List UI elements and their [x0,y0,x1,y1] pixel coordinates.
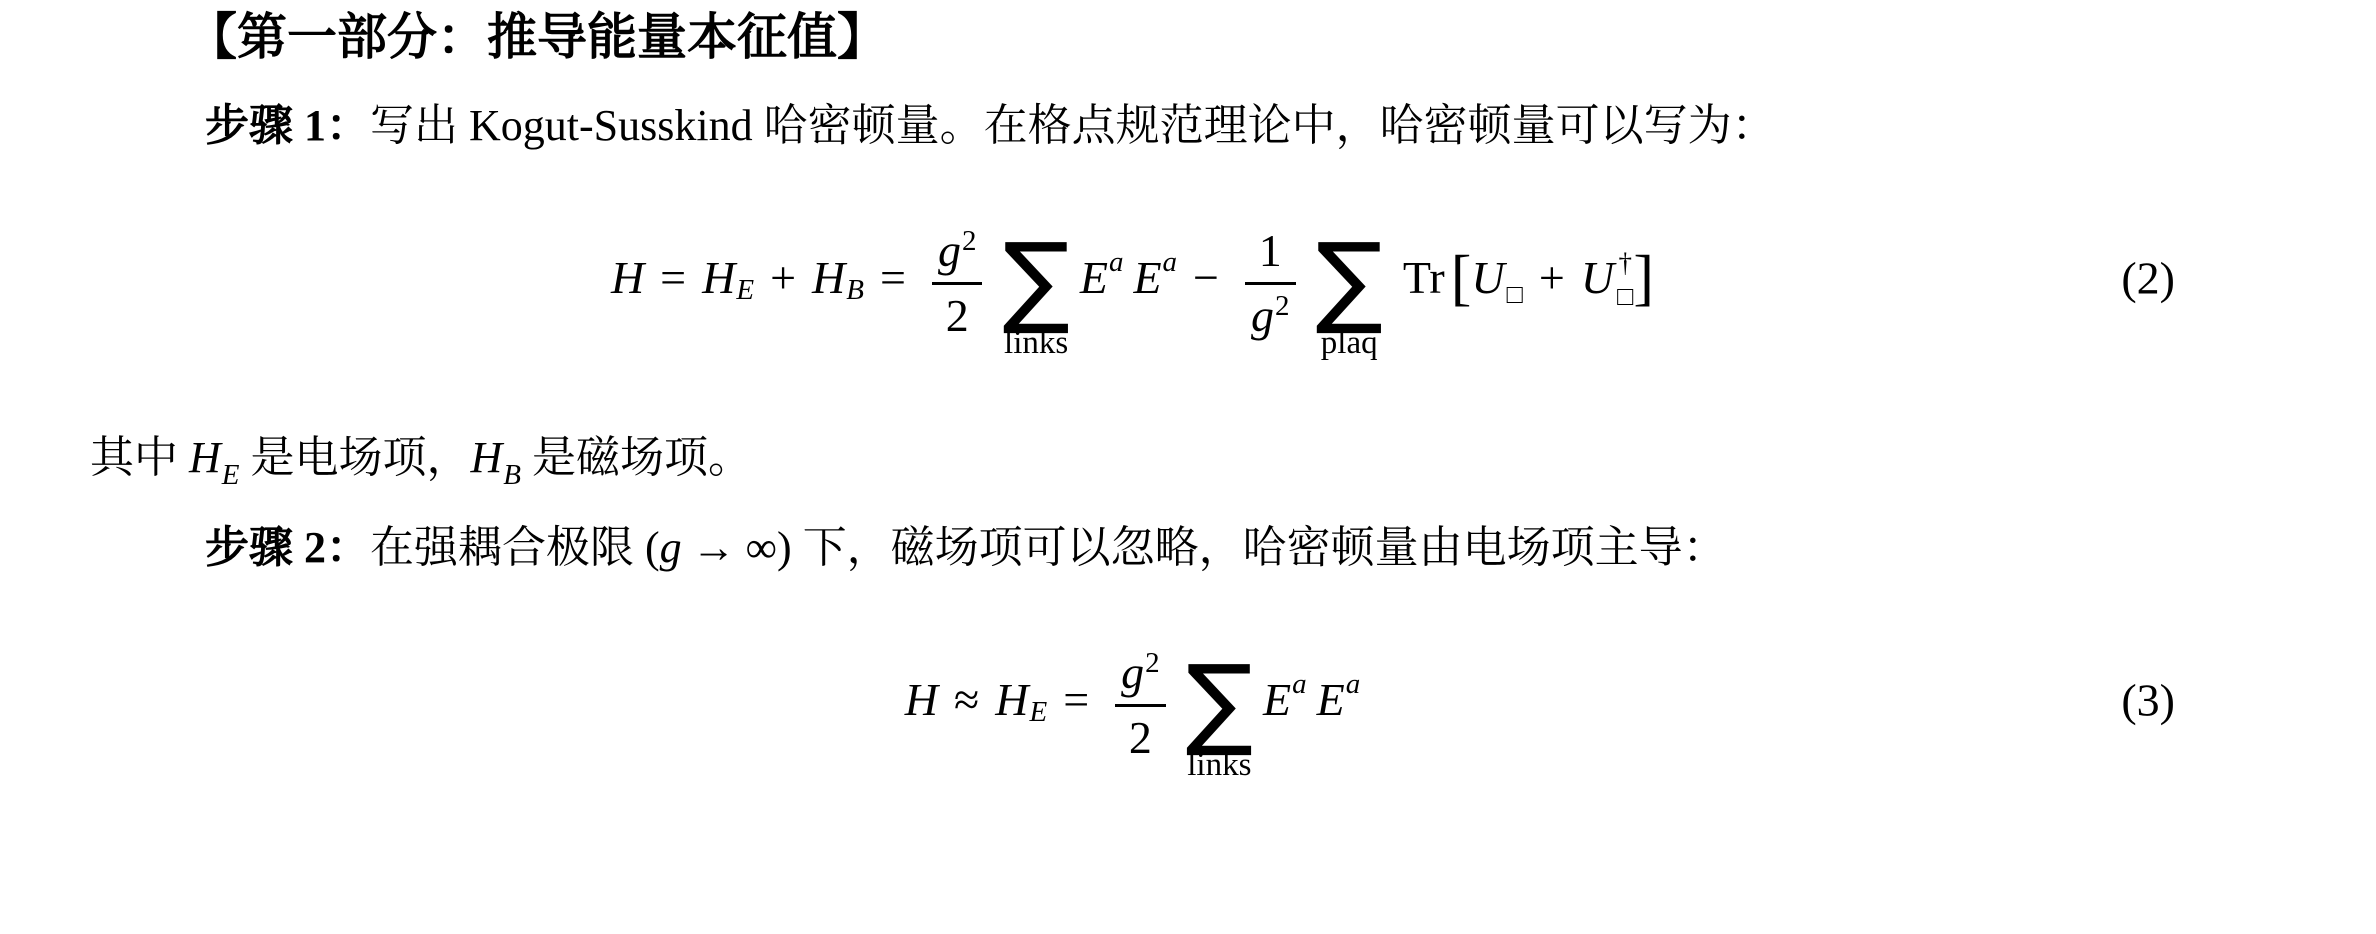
exponent-2: 2 [962,227,977,256]
dagger-square-stack: †□ [1617,250,1633,310]
subscript-B: B [846,276,864,305]
exponent-2: 2 [1275,292,1290,321]
fraction-g2-over-2: g2 2 [1115,634,1166,763]
summation-symbol: ∑ [1186,663,1253,741]
var-H: H [471,433,503,482]
var-H: H [189,433,221,482]
var-g: g [1121,647,1144,698]
fraction-1-over-g2: 1 g2 [1245,212,1296,341]
equation-2-number: (2) [2121,252,2175,305]
plus-sign: + [1539,255,1565,301]
superscript-a: a [1163,248,1178,277]
left-bracket: [ [1451,247,1472,309]
E-field-operator: Ea [1133,255,1177,301]
step-1-text: 写出 Kogut-Susskind 哈密顿量。在格点规范理论中，哈密顿量可以写为… [370,101,1776,150]
fraction-denominator: g2 [1245,291,1296,341]
E-field-operator: Ea [1263,677,1307,723]
fraction-bar [1115,704,1166,707]
subscript-E: E [736,276,754,305]
approx-sign: ≈ [954,677,979,723]
paragraph-text: 是电场项， [240,433,471,482]
sum-over-links: ∑ links [1002,241,1069,360]
equation-3-number: (3) [2121,674,2175,727]
sum-label-plaq: plaq [1321,327,1378,360]
superscript-a: a [1292,670,1307,699]
var-g: g [660,523,682,572]
infinity-symbol: ∞ [746,523,777,572]
step-2-label: 步骤 2： [205,523,370,572]
subscript-E: E [1029,698,1047,727]
var-H-electric: HE [702,255,754,301]
left-paren: ( [645,523,660,572]
var-H: H [611,255,644,301]
var-E: E [1133,255,1161,301]
step-2-text: 在强耦合极限 [370,523,645,572]
section-title: 【第一部分：推导能量本征值】 [187,8,887,67]
rightwards-arrow: → [692,523,736,572]
equals-sign: = [880,255,906,301]
right-bracket: ] [1633,247,1654,309]
plaquette-square-subscript: □ [1617,283,1633,310]
step-2-text: 下，磁场项可以忽略，哈密顿量由电场项主导： [792,523,1727,572]
field-terms-paragraph: 其中 HE 是电场项，HB 是磁场项。 [90,432,752,484]
E-field-operator: Ea [1317,677,1361,723]
var-E: E [1263,677,1291,723]
equation-3: H ≈ HE = g2 2 ∑ links Ea Ea (3) [90,618,2175,782]
plaquette-operator-U: U□ [1471,255,1523,301]
var-g: g [938,225,961,276]
E-field-operator: Ea [1080,255,1124,301]
var-H-base: H [812,255,845,301]
summation-symbol: ∑ [1002,241,1069,319]
fraction-numerator: 1 [1253,212,1288,276]
var-H-electric: HE [995,677,1047,723]
fraction-denominator: 2 [940,291,975,341]
exponent-2: 2 [1145,649,1160,678]
equals-sign: = [660,255,686,301]
sum-label-links: links [1004,327,1068,360]
step-1-label: 步骤 1： [205,101,370,150]
paragraph-text: 是磁场项。 [521,433,752,482]
dagger-superscript: † [1619,250,1633,277]
fraction-bar [1245,282,1296,285]
fraction-numerator: g2 [1115,634,1166,698]
step-2-paragraph: 步骤 2：在强耦合极限 (g→∞) 下，磁场项可以忽略，哈密顿量由电场项主导： [205,522,1727,574]
plaquette-square-subscript: □ [1507,281,1523,308]
sum-over-plaquettes: ∑ plaq [1316,241,1383,360]
minus-sign: − [1193,255,1219,301]
superscript-a: a [1109,248,1124,277]
fraction-g2-over-2: g2 2 [932,212,983,341]
var-H: H [905,677,938,723]
document-page: 【第一部分：推导能量本征值】 步骤 1：写出 Kogut-Susskind 哈密… [0,0,2376,934]
equation-2: H = HE + HB = g2 2 ∑ links Ea Ea − 1 g2 … [90,192,2175,364]
plus-sign: + [770,255,796,301]
var-H-magnetic: HB [812,255,864,301]
fraction-bar [932,282,983,285]
equals-sign: = [1063,677,1089,723]
var-E: E [1317,677,1345,723]
fraction-numerator: g2 [932,212,983,276]
subscript-E: E [222,461,240,490]
right-paren: ) [777,523,792,572]
paragraph-text: 其中 [90,433,189,482]
var-g: g [1251,290,1274,341]
sum-label-links: links [1187,749,1251,782]
step-1-paragraph: 步骤 1：写出 Kogut-Susskind 哈密顿量。在格点规范理论中，哈密顿… [205,100,1776,152]
var-U: U [1471,255,1504,301]
superscript-a: a [1346,670,1361,699]
var-H-base: H [995,677,1028,723]
subscript-B: B [503,461,521,490]
fraction-denominator: 2 [1123,713,1158,763]
trace-operator: Tr [1403,255,1445,301]
plaquette-operator-U-dagger: U†□ [1581,248,1634,308]
var-U: U [1581,255,1614,301]
summation-symbol: ∑ [1316,241,1383,319]
sum-over-links: ∑ links [1186,663,1253,782]
var-E: E [1080,255,1108,301]
var-H-base: H [702,255,735,301]
